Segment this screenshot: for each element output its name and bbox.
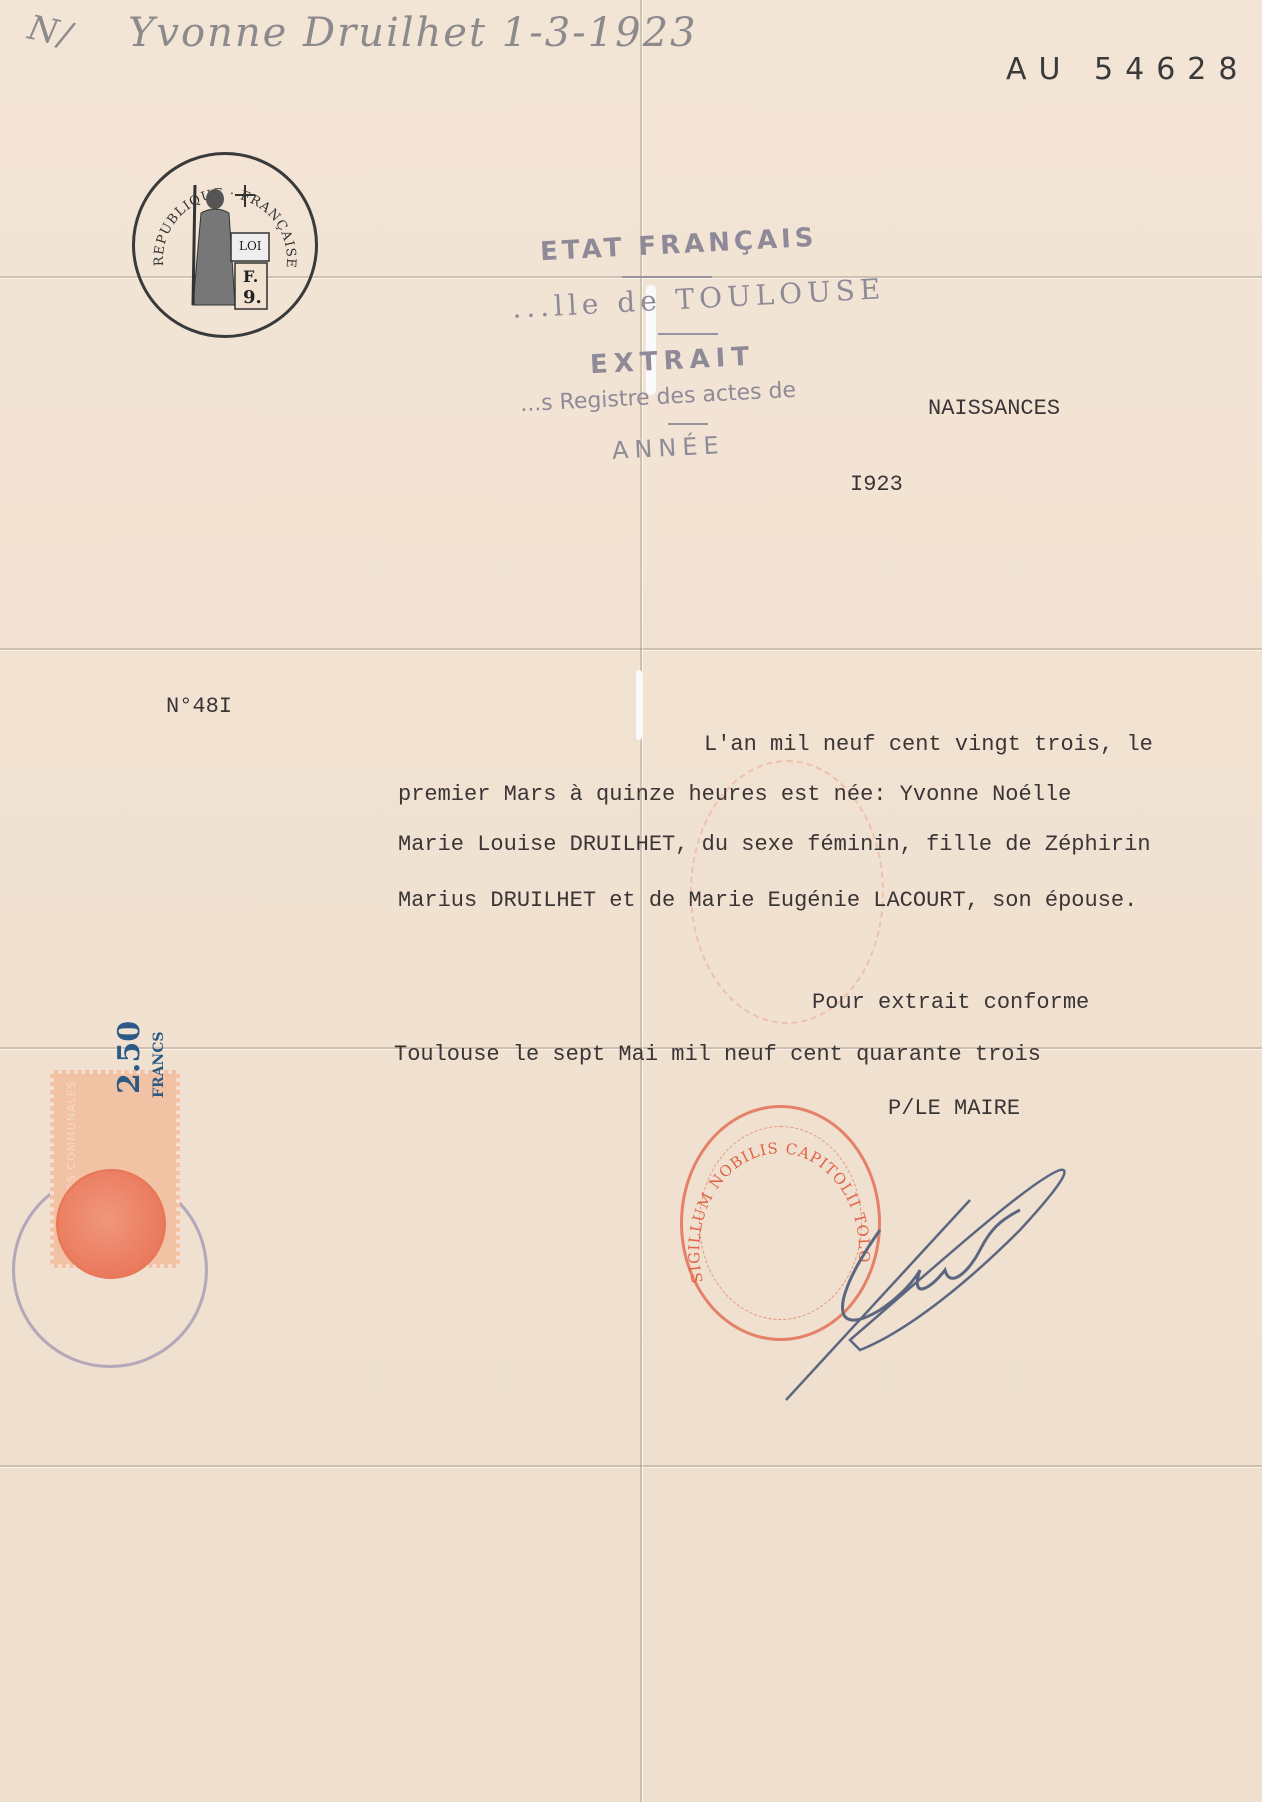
- stamp-divider: [658, 333, 718, 335]
- seal-value-number: 9.: [243, 287, 262, 308]
- marianne-medallion-icon: [56, 1169, 166, 1279]
- body-line-1: L'an mil neuf cent vingt trois, le: [704, 732, 1153, 757]
- fold-line: [0, 648, 1262, 650]
- body-line-3: Marie Louise DRUILHET, du sexe féminin, …: [398, 832, 1151, 857]
- birth-certificate-extract: N/ Yvonne Druilhet 1-3-1923 AU 54628 REP…: [0, 0, 1262, 1802]
- stamp-registre: ...s Registre des actes de: [520, 378, 797, 417]
- handwritten-mark: N/: [24, 8, 77, 57]
- stamp-divider: [622, 276, 712, 278]
- seal-book-label: LOI: [239, 239, 262, 253]
- seal-value-letter: F.: [243, 267, 258, 286]
- register-year: I923: [850, 472, 903, 497]
- body-line-4: Marius DRUILHET et de Marie Eugénie LACO…: [398, 888, 1137, 913]
- stamp-annee: ANNÉE: [611, 431, 725, 465]
- fiscal-stamp-currency: FRANCS: [151, 1032, 167, 1099]
- act-number: N°48I: [166, 694, 232, 719]
- fold-line: [0, 1465, 1262, 1467]
- mayor-signature: [770, 1140, 1090, 1410]
- fiscal-stamp: 2.50 FRANCS TAXES COMMUNALES: [50, 1070, 180, 1268]
- stamp-divider: [668, 423, 708, 425]
- stamp-etat-francais: ETAT FRANÇAIS: [539, 223, 818, 267]
- place-date: Toulouse le sept Mai mil neuf cent quara…: [394, 1042, 1041, 1067]
- signatory: P/LE MAIRE: [888, 1096, 1020, 1121]
- handwritten-name-date: Yvonne Druilhet 1-3-1923: [128, 10, 697, 56]
- stamp-ville-de-toulouse: ...lle de TOULOUSE: [511, 272, 886, 325]
- register-type: NAISSANCES: [928, 396, 1060, 421]
- fiscal-stamp-value: 2.50: [112, 1021, 147, 1094]
- serial-number: AU 54628: [1006, 52, 1249, 87]
- paper-tear: [636, 670, 642, 740]
- republique-francaise-seal-icon: REPUBLIQUE · FRANÇAISE LOI F. 9.: [132, 152, 318, 338]
- stamp-extrait: EXTRAIT: [589, 342, 755, 381]
- certification: Pour extrait conforme: [812, 990, 1089, 1015]
- body-line-2: premier Mars à quinze heures est née: Yv…: [398, 782, 1071, 807]
